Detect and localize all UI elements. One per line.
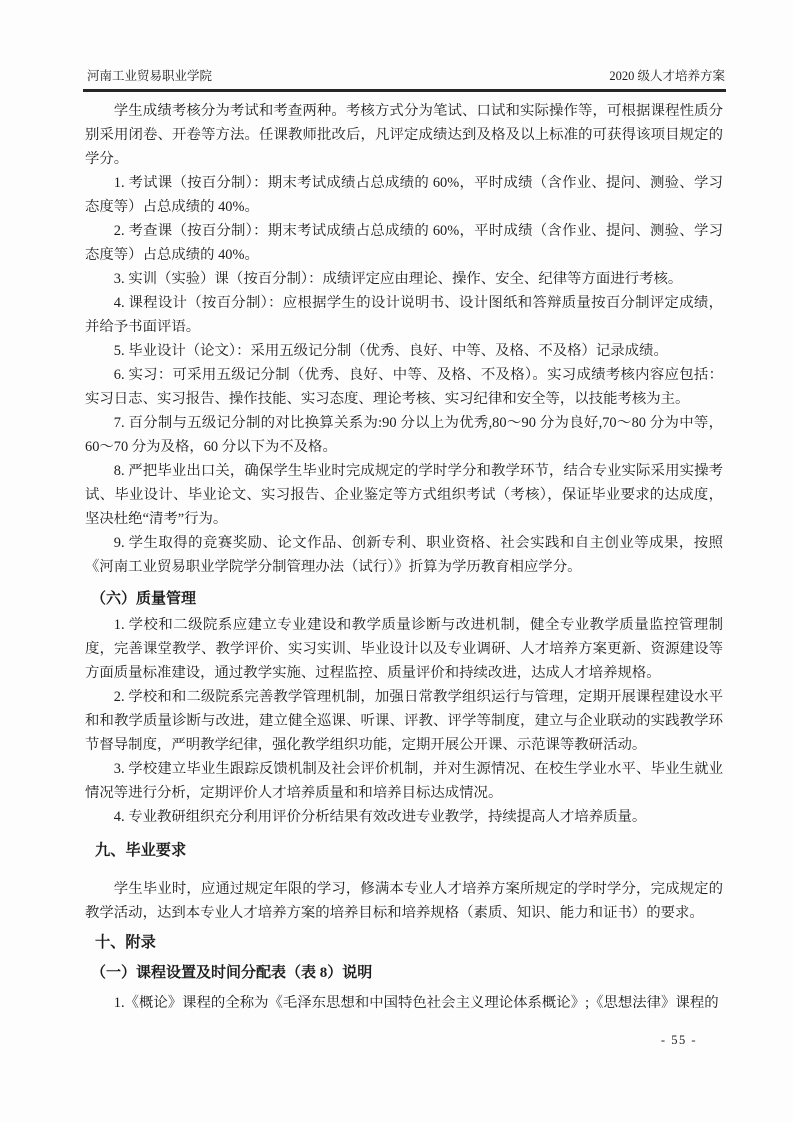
para-practical-course: 3. 实训（实验）课（按百分制）：成绩评定应由理论、操作、安全、纪律等方面进行考… xyxy=(85,267,723,291)
header-school-name: 河南工业贸易职业学院 xyxy=(87,68,212,85)
page-header: 河南工业贸易职业学院 2020 级人才培养方案 xyxy=(83,68,726,92)
heading-quality-management: （六）质量管理 xyxy=(91,587,723,611)
para-quality-1: 1. 学校和二级院系应建立专业建设和教学质量诊断与改进机制，健全专业教学质量监控… xyxy=(85,613,723,685)
header-row: 河南工业贸易职业学院 2020 级人才培养方案 xyxy=(83,68,726,89)
document-body: 学生成绩考核分为考试和考查两种。考核方式分为笔试、口试和实际操作等，可根据课程性… xyxy=(85,99,723,1015)
para-course-design: 4. 课程设计（按百分制）：应根据学生的设计说明书、设计图纸和答辩质量按百分制评… xyxy=(85,291,723,339)
page-number: - 55 - xyxy=(661,1032,697,1048)
heading-table8-notes: （一）课程设置及时间分配表（表 8）说明 xyxy=(91,961,723,985)
para-quality-4: 4. 专业教研组织充分利用评价分析结果有效改进专业教学，持续提高人才培养质量。 xyxy=(85,805,723,829)
heading-graduation-requirements: 九、毕业要求 xyxy=(95,839,723,863)
para-internship: 6. 实习：可采用五级记分制（优秀、良好、中等、及格、不及格）。实习成绩考核内容… xyxy=(85,363,723,411)
heading-appendix: 十、附录 xyxy=(95,931,723,955)
para-exam-course: 1. 考试课（按百分制）：期末考试成绩占总成绩的 60%，平时成绩（含作业、提问… xyxy=(85,171,723,219)
para-quality-2: 2. 学校和和二级院系完善教学管理机制，加强日常教学组织运行与管理，定期开展课程… xyxy=(85,685,723,757)
para-graduation-gate: 8. 严把毕业出口关，确保学生毕业时完成规定的学时学分和教学环节，结合专业实际采… xyxy=(85,459,723,531)
para-quality-3: 3. 学校建立毕业生跟踪反馈机制及社会评价机制，并对生源情况、在校生学业水平、毕… xyxy=(85,757,723,805)
para-graduation-design: 5. 毕业设计（论文）：采用五级记分制（优秀、良好、中等、及格、不及格）记录成绩… xyxy=(85,339,723,363)
header-rule xyxy=(83,89,726,92)
para-assessment-methods: 学生成绩考核分为考试和考查两种。考核方式分为笔试、口试和实际操作等，可根据课程性… xyxy=(85,99,723,171)
para-graduation-requirements: 学生毕业时，应通过规定年限的学习，修满本专业人才培养方案所规定的学时学分，完成规… xyxy=(85,877,723,925)
header-plan-name: 2020 级人才培养方案 xyxy=(609,68,725,85)
para-check-course: 2. 考查课（按百分制）：期末考试成绩占总成绩的 60%，平时成绩（含作业、提问… xyxy=(85,219,723,267)
document-page: 河南工业贸易职业学院 2020 级人才培养方案 学生成绩考核分为考试和考查两种。… xyxy=(0,0,793,1122)
para-grade-conversion: 7. 百分制与五级记分制的对比换算关系为:90 分以上为优秀,80～90 分为良… xyxy=(85,411,723,459)
para-achievement-conversion: 9. 学生取得的竞赛奖励、论文作品、创新专利、职业资格、社会实践和自主创业等成果… xyxy=(85,531,723,579)
para-table8-note-1: 1.《概论》课程的全称为《毛泽东思想和中国特色社会主义理论体系概论》;《思想法律… xyxy=(85,991,723,1015)
